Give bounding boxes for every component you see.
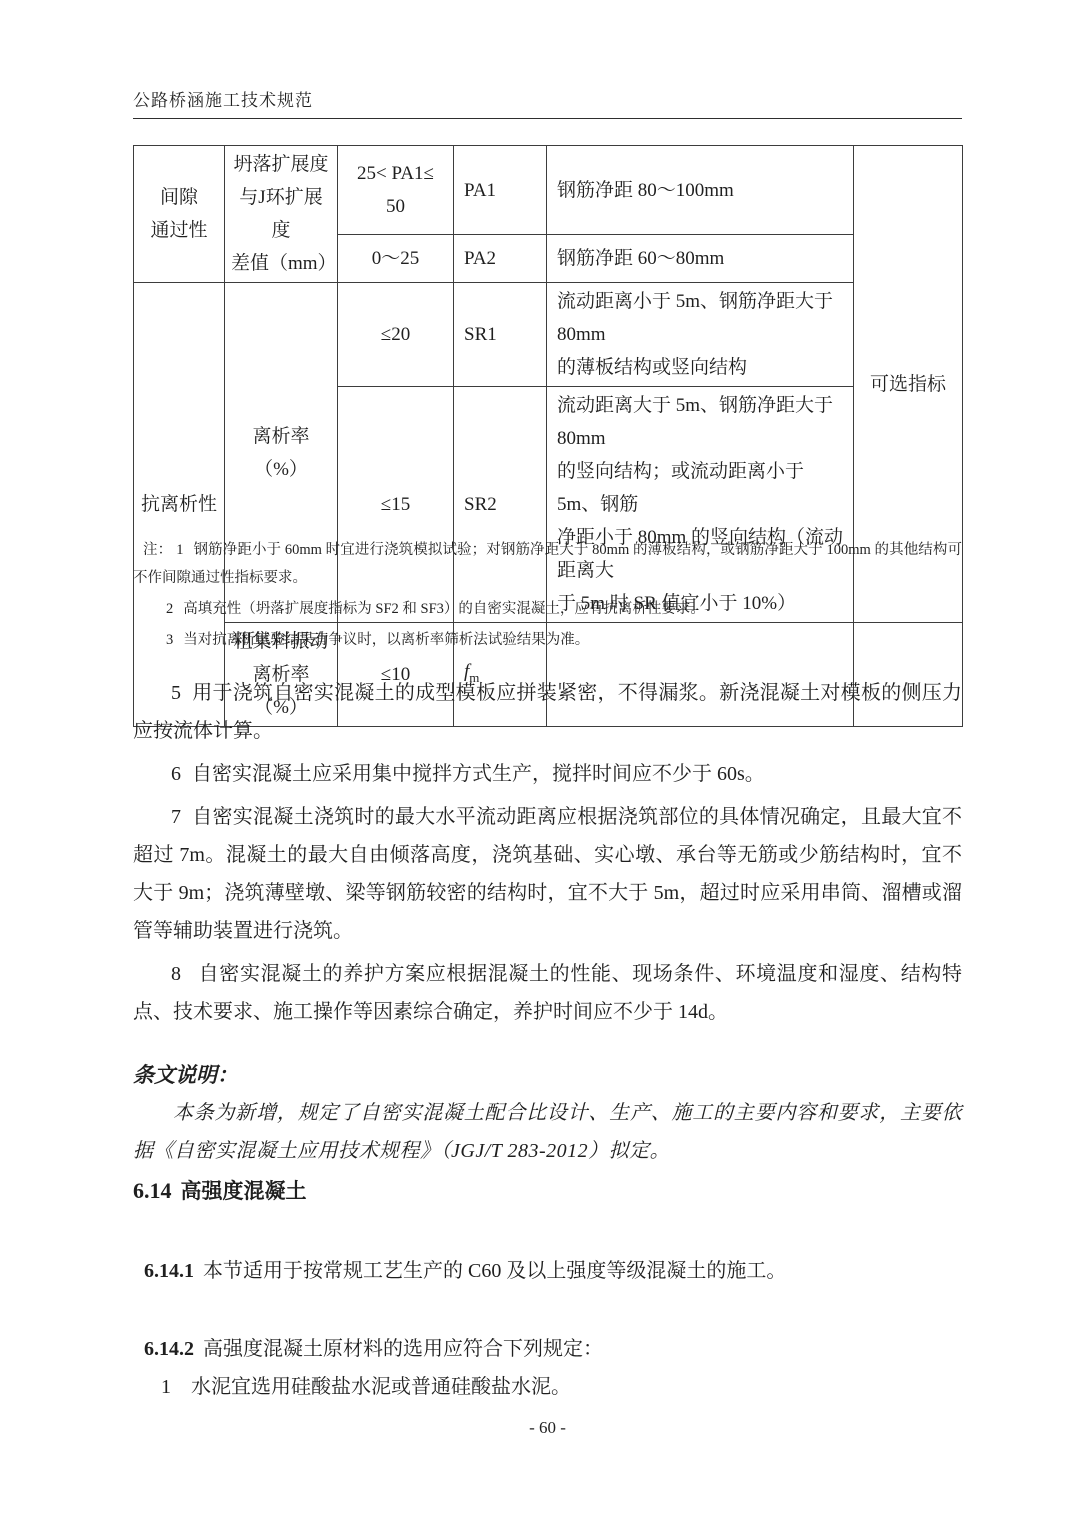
- page-number: - 60 -: [529, 1418, 566, 1437]
- paragraph-text: 自密实混凝土的养护方案应根据混凝土的性能、现场条件、环境温度和湿度、结构特点、技…: [133, 963, 962, 1023]
- sub-item-text: 水泥宜选用硅酸盐水泥或普通硅酸盐水泥。: [191, 1376, 571, 1398]
- section-number: 6.14: [133, 1178, 172, 1203]
- clause-6-14-1: 6.14.1本节适用于按常规工艺生产的 C60 及以上强度等级混凝土的施工。: [133, 1252, 962, 1290]
- paragraph-number: 8: [171, 963, 181, 985]
- cell-desc-pa2: 钢筋净距 60～80mm: [547, 235, 854, 283]
- document-title: 公路桥涵施工技术规范: [133, 91, 313, 110]
- sub-item-1: 1水泥宜选用硅酸盐水泥或普通硅酸盐水泥。: [144, 1368, 962, 1406]
- table-row: 抗离析性 离析率（%） ≤20 SR1 流动距离小于 5m、钢筋净距大于 80m…: [134, 283, 963, 387]
- note-number: 2: [166, 601, 173, 617]
- sub-item-number: 1: [161, 1376, 171, 1398]
- paragraph-text: 用于浇筑自密实混凝土的成型模板应拼装紧密，不得漏浆。新浇混凝土对模板的侧压力应按…: [133, 682, 962, 742]
- running-header: 公路桥涵施工技术规范: [133, 86, 962, 119]
- clause-number: 6.14.1: [144, 1260, 194, 1282]
- clause-6-14-2: 6.14.2高强度混凝土原材料的选用应符合下列规定： 1水泥宜选用硅酸盐水泥或普…: [133, 1330, 962, 1406]
- clause-paragraphs: 5用于浇筑自密实混凝土的成型模板应拼装紧密，不得漏浆。新浇混凝土对模板的侧压力应…: [133, 674, 962, 1036]
- cell-index-slump-flow-diff: 坍落扩展度 与J环扩展度 差值（mm）: [225, 146, 338, 283]
- table-note-3: 3当对抗离析试验结果有争议时，以离析率筛析法试验结果为准。: [133, 626, 962, 654]
- table-note-2: 2高填充性（坍落扩展度指标为 SF2 和 SF3）的自密实混凝土，应有抗离析性要…: [133, 595, 962, 623]
- section-title: 高强度混凝土: [181, 1180, 307, 1203]
- cell-range-pa2: 0～25: [338, 235, 454, 283]
- notes-label: 注：: [143, 542, 172, 558]
- page-footer: - 60 -: [133, 1418, 962, 1438]
- clause-number: 6.14.2: [144, 1338, 194, 1360]
- section-heading-6-14: 6.14高强度混凝土: [133, 1172, 962, 1211]
- clause-text: 本节适用于按常规工艺生产的 C60 及以上强度等级混凝土的施工。: [203, 1260, 786, 1282]
- paragraph-text: 自密实混凝土应采用集中搅拌方式生产，搅拌时间应不少于 60s。: [192, 763, 765, 785]
- note-number: 1: [176, 542, 183, 558]
- cell-desc-pa1: 钢筋净距 80～100mm: [547, 146, 854, 235]
- commentary-body: 本条为新增，规定了自密实混凝土配合比设计、生产、施工的主要内容和要求，主要依据《…: [133, 1094, 962, 1170]
- paragraph-number: 5: [171, 682, 181, 704]
- cell-grade-pa2: PA2: [454, 235, 547, 283]
- cell-range-sr1: ≤20: [338, 283, 454, 387]
- cell-range-pa1: 25< PA1≤ 50: [338, 146, 454, 235]
- table-notes: 注：1钢筋净距小于 60mm 时宜进行浇筑模拟试验；对钢筋净距大于 80mm 的…: [133, 536, 962, 657]
- table-row: 间隙 通过性 坍落扩展度 与J环扩展度 差值（mm） 25< PA1≤ 50 P…: [134, 146, 963, 235]
- cell-grade-pa1: PA1: [454, 146, 547, 235]
- paragraph-7: 7自密实混凝土浇筑时的最大水平流动距离应根据浇筑部位的具体情况确定，且最大宜不超…: [133, 798, 962, 950]
- table-note-1: 注：1钢筋净距小于 60mm 时宜进行浇筑模拟试验；对钢筋净距大于 80mm 的…: [133, 536, 962, 592]
- cell-category-gap-passability: 间隙 通过性: [134, 146, 225, 283]
- paragraph-5: 5用于浇筑自密实混凝土的成型模板应拼装紧密，不得漏浆。新浇混凝土对模板的侧压力应…: [133, 674, 962, 750]
- document-page: 公路桥涵施工技术规范 间隙 通过性 坍落扩展度 与J环扩展度 差值（mm） 25…: [0, 0, 1074, 1520]
- paragraph-text: 自密实混凝土浇筑时的最大水平流动距离应根据浇筑部位的具体情况确定，且最大宜不超过…: [133, 806, 962, 942]
- paragraph-8: 8自密实混凝土的养护方案应根据混凝土的性能、现场条件、环境温度和湿度、结构特点、…: [133, 955, 962, 1031]
- commentary-section: 条文说明： 本条为新增，规定了自密实混凝土配合比设计、生产、施工的主要内容和要求…: [133, 1056, 962, 1170]
- paragraph-number: 7: [171, 806, 181, 828]
- cell-grade-sr1: SR1: [454, 283, 547, 387]
- note-text: 当对抗离析试验结果有争议时，以离析率筛析法试验结果为准。: [183, 632, 589, 648]
- commentary-heading: 条文说明：: [133, 1056, 962, 1094]
- note-number: 3: [166, 632, 173, 648]
- cell-category-segregation-resistance: 抗离析性: [134, 283, 225, 727]
- note-text: 高填充性（坍落扩展度指标为 SF2 和 SF3）的自密实混凝土，应有抗离析性要求…: [183, 601, 705, 617]
- paragraph-number: 6: [171, 763, 181, 785]
- clause-text: 高强度混凝土原材料的选用应符合下列规定：: [203, 1338, 603, 1360]
- cell-desc-sr1: 流动距离小于 5m、钢筋净距大于 80mm 的薄板结构或竖向结构: [547, 283, 854, 387]
- paragraph-6: 6自密实混凝土应采用集中搅拌方式生产，搅拌时间应不少于 60s。: [133, 755, 962, 793]
- note-text: 钢筋净距小于 60mm 时宜进行浇筑模拟试验；对钢筋净距大于 80mm 的薄板结…: [133, 542, 962, 586]
